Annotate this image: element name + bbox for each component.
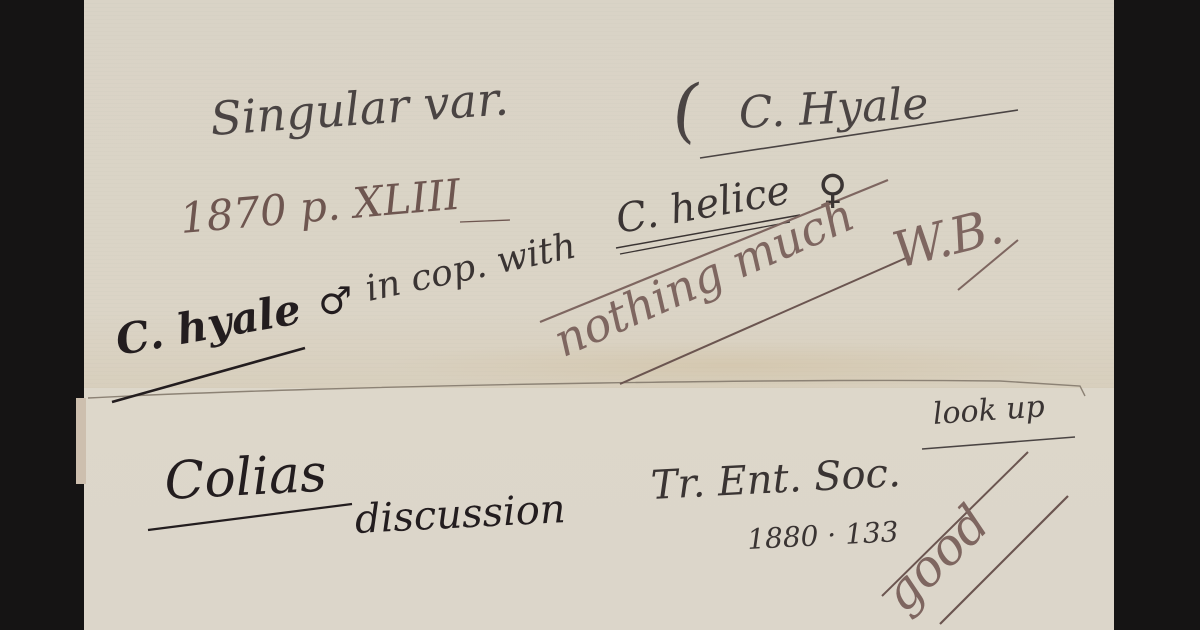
- discussion-text: discussion: [354, 489, 567, 540]
- paper-fold-tab: [76, 398, 86, 484]
- citation-1880-133: 1880 · 133: [747, 518, 900, 554]
- genus-colias: Colias: [163, 448, 328, 508]
- male-symbol: ♂: [318, 282, 352, 320]
- document-viewer: Singular var. ( C. Hyale 1870 p. XLIII C…: [0, 0, 1200, 630]
- water-stain: [384, 340, 1084, 390]
- species-c-hyale-heading: C. Hyale: [738, 82, 930, 136]
- note-look-up: look up: [932, 392, 1046, 430]
